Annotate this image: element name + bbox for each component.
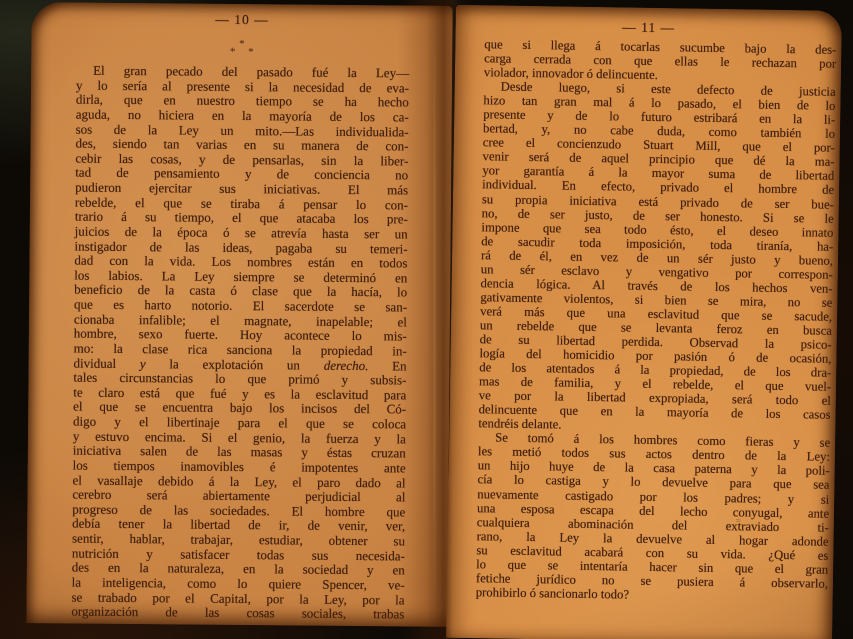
right-page-text: que si llega á tocarlas sucumbe bajo la … bbox=[476, 37, 837, 604]
right-page: — 11 — que si llega á tocarlas sucumbe b… bbox=[446, 5, 842, 639]
asterism-bottom: * * bbox=[225, 48, 259, 56]
text-line: organización de las cosas sociales, trab… bbox=[71, 605, 404, 623]
left-page: — 10 — * * * El gran pecado del pasado f… bbox=[26, 2, 452, 627]
left-page-text: El gran pecado del pasado fué la Ley—y l… bbox=[71, 64, 409, 623]
asterism-icon: * * * bbox=[31, 38, 452, 58]
photo-background: { "scene": { "background_color": "#0d0a0… bbox=[0, 0, 853, 639]
left-page-number: — 10 — bbox=[32, 10, 453, 30]
right-page-number: — 11 — bbox=[456, 17, 842, 39]
